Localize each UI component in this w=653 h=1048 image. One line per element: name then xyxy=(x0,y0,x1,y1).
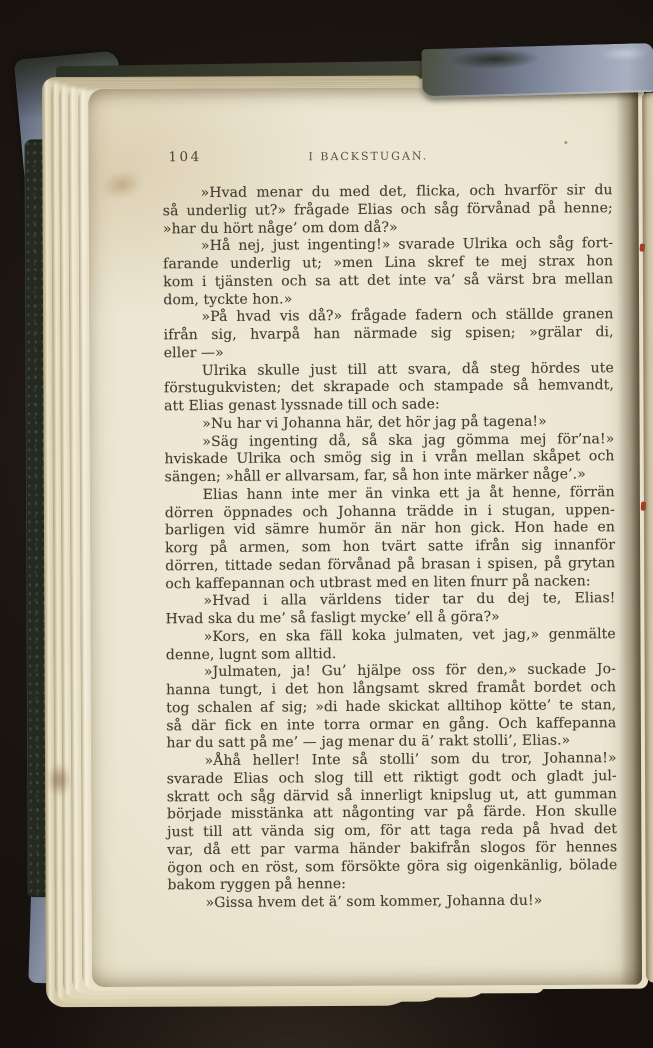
text-line: »Hvad i alla världens tider tar du dej t… xyxy=(165,590,615,611)
gutter-shadow xyxy=(616,87,642,985)
red-edge-mark xyxy=(641,501,647,510)
text-line: ögon och en röst, som försökte göra sig … xyxy=(167,857,617,878)
book-cover-top-right-corner xyxy=(421,43,653,98)
open-book: 104 I BACKSTUGAN. »Hvad menar du med det… xyxy=(0,0,653,1048)
text-line: så underlig ut?» frågade Elias och såg f… xyxy=(163,200,613,221)
running-header: I BACKSTUGAN. xyxy=(162,148,574,164)
text-line: »Kors, en ska fäll koka julmaten, vet ja… xyxy=(166,626,616,647)
paper-speck xyxy=(564,141,567,144)
red-edge-mark xyxy=(639,243,645,251)
text-line: förstugukvisten; det skrapade och stampa… xyxy=(164,377,614,398)
text-line: kom i tjänsten och sa att det inte va’ s… xyxy=(163,271,613,292)
paper-stain xyxy=(98,167,145,203)
printed-page-content: 104 I BACKSTUGAN. »Hvad menar du med det… xyxy=(162,145,612,168)
book-photo-scene: 104 I BACKSTUGAN. »Hvad menar du med det… xyxy=(0,0,653,1048)
page-edge-stain xyxy=(47,763,71,797)
page-header: 104 I BACKSTUGAN. xyxy=(162,145,612,168)
text-line: ifrån sig, hvarpå han närmade sig spisen… xyxy=(164,324,614,345)
text-line: »Gissa hvem det ä’ som kommer, Johanna d… xyxy=(168,892,618,913)
body-text: »Hvad menar du med det, flicka, och hvar… xyxy=(163,182,618,913)
